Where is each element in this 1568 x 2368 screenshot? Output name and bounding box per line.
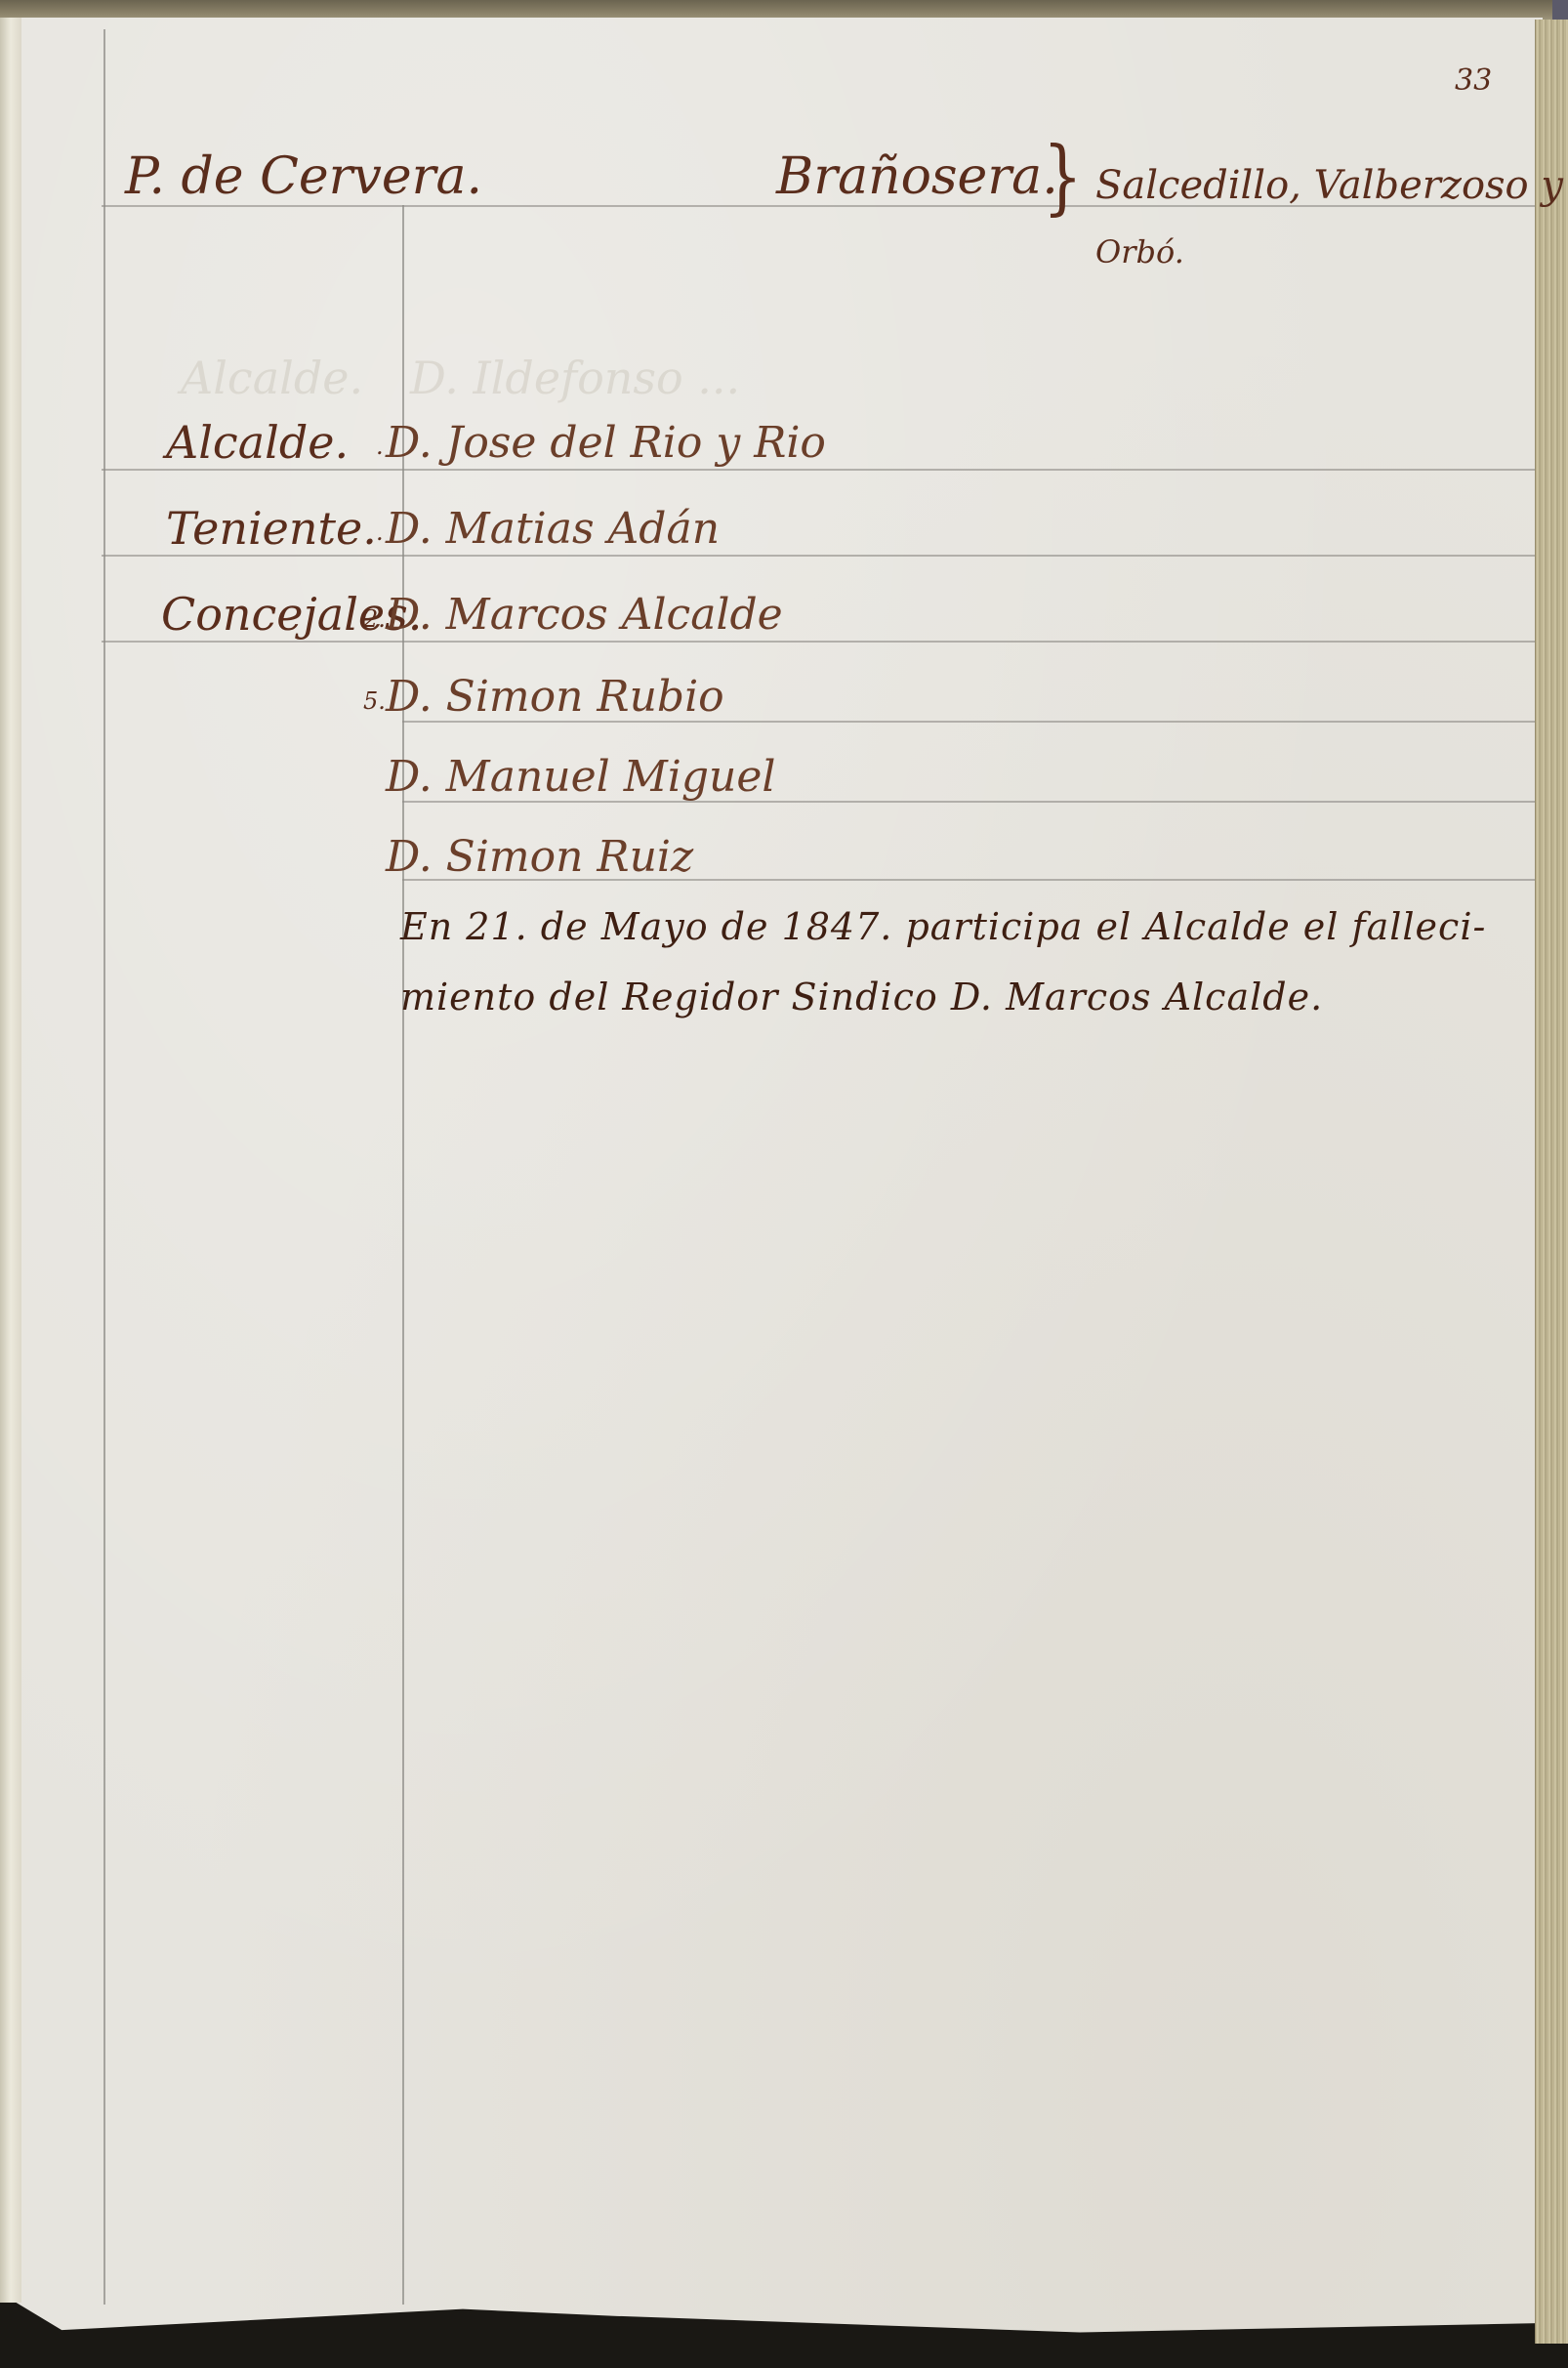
row-rule-3 bbox=[102, 641, 1535, 643]
folio-number: 33 bbox=[1455, 66, 1492, 96]
official-name-2: D. Matias Adán bbox=[386, 508, 720, 551]
leader-dot-1: . bbox=[376, 435, 384, 458]
council-number-2: 2. bbox=[363, 607, 386, 631]
brace-glyph: } bbox=[1043, 137, 1083, 218]
district-heading: P. de Cervera. bbox=[125, 151, 482, 202]
municipality-heading: Brañosera. bbox=[776, 151, 1058, 202]
hamlets-line-1: Salcedillo, Valberzoso y bbox=[1095, 166, 1563, 205]
row-rule-1 bbox=[102, 469, 1535, 471]
death-note-line-1: En 21. de Mayo de 1847. participa el Alc… bbox=[400, 908, 1486, 945]
death-note-line-2: miento del Regidor Sindico D. Marcos Alc… bbox=[400, 978, 1323, 1016]
bleed-through-role: Alcalde. bbox=[181, 352, 363, 404]
role-teniente: Teniente. bbox=[166, 506, 377, 551]
official-name-6: D. Simon Ruiz bbox=[386, 836, 693, 879]
page-fore-edge bbox=[1535, 20, 1568, 2344]
hamlets-line-2: Orbó. bbox=[1095, 236, 1184, 268]
row-rule-2 bbox=[102, 555, 1535, 557]
official-name-4: D. Simon Rubio bbox=[386, 676, 724, 719]
bleed-through-name: D. Ildefonso ... bbox=[410, 352, 740, 404]
leader-dot-2: . bbox=[376, 520, 384, 544]
page-gutter-fold bbox=[0, 18, 21, 2303]
left-margin-rule bbox=[103, 29, 105, 2305]
official-name-3: D. Marcos Alcalde bbox=[386, 594, 783, 637]
official-name-5: D. Manuel Miguel bbox=[386, 756, 775, 799]
role-alcalde: Alcalde. bbox=[166, 420, 349, 465]
official-name-1: D. Jose del Rio y Rio bbox=[386, 422, 826, 465]
council-number-5: 5. bbox=[363, 689, 386, 713]
